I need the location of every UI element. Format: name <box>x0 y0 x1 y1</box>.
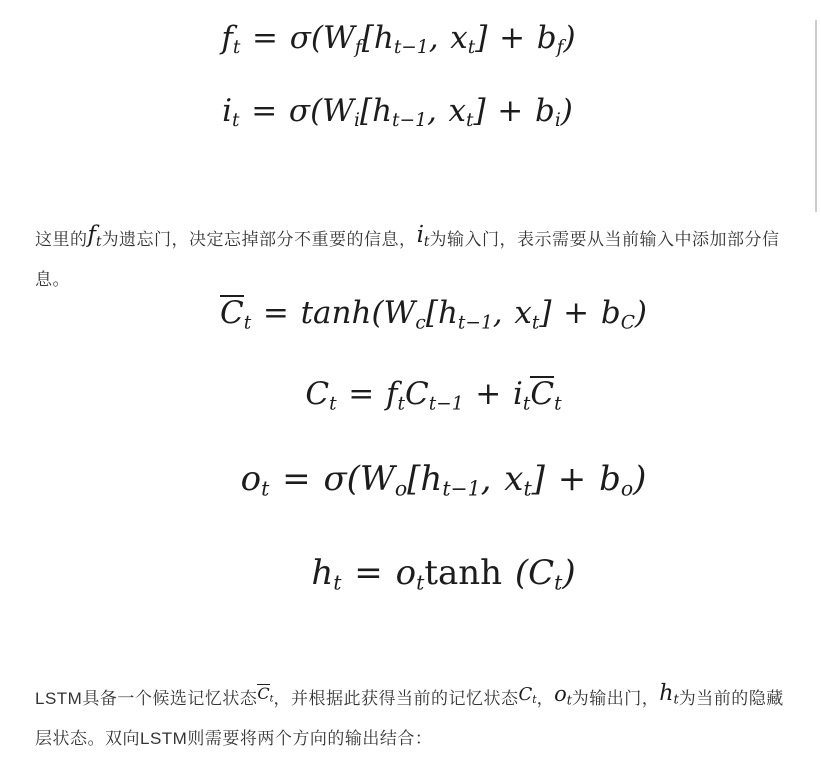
math-token: = f <box>337 376 398 412</box>
math-token: o <box>395 477 407 501</box>
math-token: i <box>222 93 232 129</box>
math-token: = σ(W <box>240 93 355 129</box>
document-page: ft = σ(Wf[ht−1, xt] + bf) it = σ(Wi[ht−1… <box>0 0 821 764</box>
paragraph-gate-description: 这里的ft为遗忘门，决定忘掉部分不重要的信息，it为输入门，表示需要从当前输入中… <box>35 217 787 298</box>
math-token: t−1 <box>392 110 427 131</box>
inline-math-ft: ft <box>88 222 102 248</box>
math-token: t <box>397 393 404 414</box>
math-token: , x <box>429 20 468 56</box>
scrollbar-thumb[interactable] <box>815 20 817 212</box>
math-token: = o <box>341 553 416 593</box>
math-token: C <box>220 295 244 330</box>
inline-math-ht: ht <box>659 681 678 706</box>
text-run: 为遗忘门，决定忘掉部分不重要的信息， <box>102 230 417 249</box>
math-token: t <box>523 477 531 501</box>
math-token: f <box>221 20 232 56</box>
text-run: LSTM具备一个候选记忆状态 <box>35 689 257 708</box>
math-token: = σ(W <box>269 459 395 499</box>
math-token: t <box>523 393 530 414</box>
math-token: (C <box>515 553 554 593</box>
formula-output-gate: ot = σ(Wo[ht−1, xt] + bo) <box>33 459 821 501</box>
formula-input-gate: it = σ(Wi[ht−1, xt] + bi) <box>0 93 808 131</box>
math-token: o <box>554 682 567 706</box>
math-token: ] + b <box>532 459 621 499</box>
math-token: h <box>659 681 673 706</box>
math-token: o <box>621 477 633 501</box>
formula-cell-state: Ct = ftCt−1 + itCt <box>23 376 821 414</box>
inline-math-ot: ot <box>554 682 572 706</box>
math-token: C <box>530 376 554 411</box>
text-run: ，并根据此获得当前的记忆状态 <box>273 689 518 708</box>
math-token: h <box>311 553 333 593</box>
math-token: t <box>232 110 239 131</box>
math-token: ] + b <box>539 295 620 331</box>
math-token: ] + b <box>473 93 554 129</box>
inline-math-ct: Ct <box>518 684 536 705</box>
math-token: t <box>554 393 561 414</box>
math-token: C <box>305 376 329 412</box>
math-token: C <box>621 312 635 333</box>
math-token: t <box>329 393 336 414</box>
paragraph-state-description: LSTM具备一个候选记忆状态Ct，并根据此获得当前的记忆状态Ct，ot为输出门，… <box>35 675 787 758</box>
math-token: ) <box>564 20 576 56</box>
math-token: C <box>518 684 532 705</box>
inline-math-cbar-t: Ct <box>257 684 273 703</box>
text-run: 为输出门， <box>572 689 660 708</box>
math-token: , x <box>481 459 524 499</box>
math-token: , x <box>427 93 466 129</box>
formula-hidden-state: ht = ottanh (Ct) <box>33 553 821 595</box>
math-token: ) <box>633 459 646 499</box>
math-token: f <box>355 37 362 58</box>
inline-math-it: it <box>417 222 430 248</box>
math-token: t−1 <box>394 37 429 58</box>
math-token: f <box>557 37 564 58</box>
math-token: i <box>417 222 424 248</box>
math-token: t−1 <box>458 312 493 333</box>
math-token: ) <box>562 553 575 593</box>
formula-forget-gate: ft = σ(Wf[ht−1, xt] + bf) <box>0 20 809 58</box>
math-token: [h <box>407 459 442 499</box>
math-token: ] + b <box>475 20 556 56</box>
math-token: = σ(W <box>240 20 355 56</box>
math-token: , x <box>493 295 532 331</box>
math-token: c <box>415 312 425 333</box>
text-run: ， <box>537 689 555 708</box>
math-token: t−1 <box>442 477 480 501</box>
math-token: f <box>88 222 97 248</box>
text-run: 这里的 <box>35 230 88 249</box>
math-token: ) <box>561 93 573 129</box>
math-token: [h <box>362 20 394 56</box>
math-token: o <box>241 459 261 499</box>
math-token: tanh <box>424 553 515 593</box>
math-token: = tanh(W <box>251 295 415 331</box>
formula-candidate-cell-state: Ct = tanh(Wc[ht−1, xt] + bC) <box>23 295 821 333</box>
math-token: [h <box>426 295 458 331</box>
math-token: [h <box>360 93 392 129</box>
math-token: C <box>405 376 429 412</box>
math-token: ) <box>635 295 647 331</box>
math-token: + i <box>464 376 523 412</box>
math-token: t−1 <box>429 393 464 414</box>
math-token: C <box>257 684 269 702</box>
